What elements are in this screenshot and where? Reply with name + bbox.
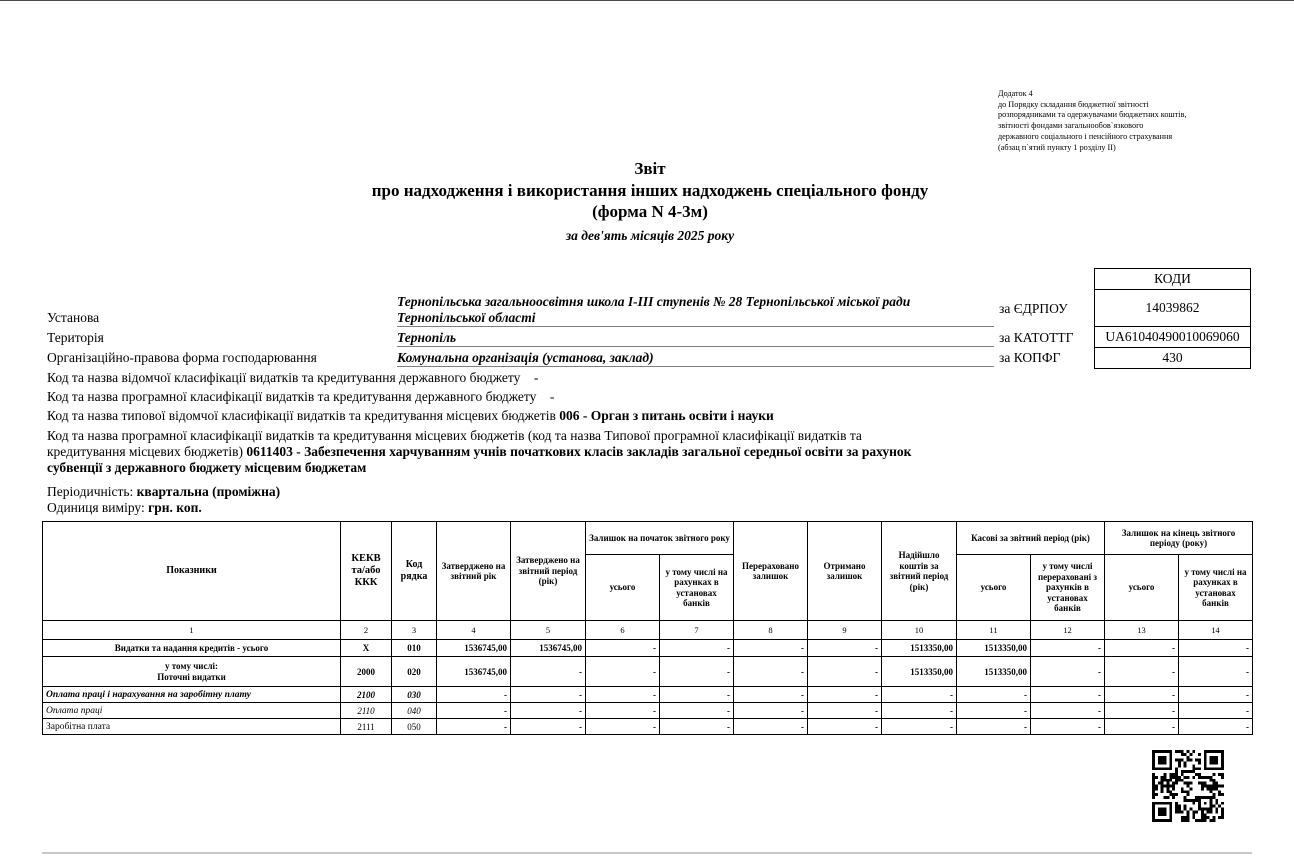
katottg-label: за КАТОТТГ [999,330,1073,346]
row-kekv: 2110 [341,703,392,719]
row-value-col-7: - [660,703,734,719]
institution-name-line1: Тернопільська загальноосвітня школа І-ІІ… [397,294,994,310]
row-value-col-9: - [808,640,882,657]
table-row: у тому числі:Поточні видатки200002015367… [43,657,1253,687]
periodicity-label: Періодичність: [47,484,133,499]
row-value-col-12: - [1031,657,1105,687]
periodicity: Періодичність: квартальна (проміжна) [47,484,280,500]
row-value-col-14: - [1179,687,1253,703]
column-number: 2 [341,621,392,640]
header-balance-start-total: усього [586,555,660,621]
header-balance-end: Залишок на кінець звітного періоду (року… [1105,522,1253,555]
row-value-col-13: - [1105,687,1179,703]
row-value-col-5: - [511,719,586,735]
row-value-col-13: - [1105,640,1179,657]
table-row: Видатки та надання кредитів - усьогоX010… [43,640,1253,657]
edrpou-value: 14039862 [1095,290,1251,327]
codes-table: КОДИ 14039862 UA61040490010069060 430 [1094,268,1251,369]
row-value-col-13: - [1105,719,1179,735]
report-title: Звіт [300,158,1000,180]
row-value-col-11: - [957,703,1031,719]
row-value-col-14: - [1179,719,1253,735]
prog-state-label: Код та назва програмної класифікації вид… [47,389,536,404]
institution-value: Тернопільська загальноосвітня школа І-ІІ… [397,294,994,327]
row-value-col-4: - [437,687,511,703]
row-value-col-10: - [882,703,957,719]
row-value-col-5: - [511,687,586,703]
row-indicator-name: Видатки та надання кредитів - усього [43,640,341,657]
header-balance-end-banks: у тому числі на рахунках в установах бан… [1179,555,1253,621]
table-row: Оплата праці2110040----------- [43,703,1253,719]
row-kekv: X [341,640,392,657]
table-row: Оплата праці і нарахування на заробітну … [43,687,1253,703]
header-receipts: Надійшло коштів за звітний період (рік) [882,522,957,621]
column-number: 10 [882,621,957,640]
row-value-col-13: - [1105,657,1179,687]
row-value-col-8: - [734,657,808,687]
row-value-col-8: - [734,640,808,657]
row-name-line: Оплата праці [46,706,337,716]
row-value-col-6: - [586,703,660,719]
territory-label: Територія [47,330,104,346]
row-code: 010 [392,640,437,657]
row-kekv: 2100 [341,687,392,703]
row-value-col-14: - [1179,640,1253,657]
header-received: Отримано залишок [808,522,882,621]
header-approved-year: Затверджено на звітний рік [437,522,511,621]
header-approved-period: Затверджено на звітний період (рік) [511,522,586,621]
appendix-note: Додаток 4 до Порядку складання бюджетної… [998,89,1187,153]
header-cash: Касові за звітний період (рік) [957,522,1105,555]
row-indicator-name: Оплата праці [43,703,341,719]
row-indicator-name: Заробітна плата [43,719,341,735]
row-code: 040 [392,703,437,719]
row-value-col-14: - [1179,657,1253,687]
row-value-col-4: - [437,703,511,719]
column-number: 11 [957,621,1031,640]
row-value-col-13: - [1105,703,1179,719]
katottg-value: UA61040490010069060 [1095,327,1251,348]
row-value-col-7: - [660,687,734,703]
report-form-number: (форма N 4-3м) [300,201,1000,223]
row-name-line: Видатки та надання кредитів - усього [46,643,337,653]
dept-local-classification: Код та назва типової відомчої класифікац… [47,408,774,424]
header-kekv: КЕКВ та/або ККК [341,522,392,621]
row-code: 020 [392,657,437,687]
row-name-line: Заробітна плата [46,722,337,732]
column-number-row: 1234567891011121314 [43,621,1253,640]
prog-local-label-line2: кредитування місцевих бюджетів) [47,444,243,459]
legal-form-label: Організаційно-правова форма господарюван… [47,350,317,366]
unit-label: Одиниця виміру: [47,500,145,515]
header-balance-start-banks: у тому числі на рахунках в установах бан… [660,555,734,621]
periodicity-value: квартальна (проміжна) [137,484,280,499]
header-cash-total: усього [957,555,1031,621]
prog-state-value: - [550,389,555,404]
row-value-col-12: - [1031,703,1105,719]
row-value-col-9: - [808,703,882,719]
report-period: за дев'ять місяців 2025 року [300,227,1000,245]
legal-form-value: Комунальна організація (установа, заклад… [397,350,994,367]
table-row: Заробітна плата2111050----------- [43,719,1253,735]
row-value-col-9: - [808,719,882,735]
dept-local-value: 006 - Орган з питань освіти і науки [559,408,774,423]
row-value-col-10: - [882,719,957,735]
row-value-col-8: - [734,687,808,703]
prog-local-classification: Код та назва програмної класифікації вид… [47,428,967,476]
column-number: 5 [511,621,586,640]
row-value-col-7: - [660,657,734,687]
row-indicator-name: у тому числі:Поточні видатки [43,657,341,687]
edrpou-label: за ЄДРПОУ [999,301,1068,317]
row-value-col-6: - [586,640,660,657]
row-value-col-6: - [586,657,660,687]
dept-state-label: Код та назва відомчої класифікації видат… [47,370,520,385]
row-name-line: Оплата праці і нарахування на заробітну … [46,690,337,700]
row-value-col-10: 1513350,00 [882,657,957,687]
column-number: 3 [392,621,437,640]
header-balance-start: Залишок на початок звітного року [586,522,734,555]
institution-label: Установа [47,310,99,326]
column-number: 9 [808,621,882,640]
prog-local-value-line2: субвенції з державного бюджету місцевим … [47,460,366,475]
dept-local-label: Код та назва типової відомчої класифікац… [47,408,556,423]
row-value-col-11: - [957,719,1031,735]
prog-state-classification: Код та назва програмної класифікації вид… [47,389,554,405]
prog-local-value-line1: 0611403 - Забезпечення харчуванням учнів… [246,444,911,459]
row-value-col-7: - [660,719,734,735]
row-name-line: у тому числі: [46,661,337,672]
row-value-col-7: - [660,640,734,657]
column-number: 6 [586,621,660,640]
header-transferred: Перераховано залишок [734,522,808,621]
column-number: 8 [734,621,808,640]
header-balance-end-total: усього [1105,555,1179,621]
row-value-col-12: - [1031,687,1105,703]
row-value-col-12: - [1031,719,1105,735]
dept-state-value: - [534,370,539,385]
row-code: 030 [392,687,437,703]
header-indicators: Показники [43,522,341,621]
row-value-col-8: - [734,703,808,719]
kopfg-label: за КОПФГ [999,350,1060,366]
kopfg-value: 430 [1095,348,1251,369]
row-value-col-12: - [1031,640,1105,657]
row-value-col-4: - [437,719,511,735]
row-value-col-5: 1536745,00 [511,640,586,657]
row-value-col-14: - [1179,703,1253,719]
row-value-col-11: 1513350,00 [957,640,1031,657]
dept-state-classification: Код та назва відомчої класифікації видат… [47,370,538,386]
row-indicator-name: Оплата праці і нарахування на заробітну … [43,687,341,703]
header-cash-banks: у тому числі перераховані з рахунків в у… [1031,555,1105,621]
row-value-col-5: - [511,657,586,687]
row-value-col-10: - [882,687,957,703]
column-number: 14 [1179,621,1253,640]
row-value-col-5: - [511,703,586,719]
row-value-col-6: - [586,687,660,703]
page-bottom-border [42,852,1252,854]
page-top-border [0,0,1294,1]
report-subtitle: про надходження і використання інших над… [300,180,1000,202]
row-value-col-9: - [808,657,882,687]
row-value-col-6: - [586,719,660,735]
row-value-col-11: 1513350,00 [957,657,1031,687]
row-value-col-11: - [957,687,1031,703]
prog-local-label-line1: Код та назва програмної класифікації вид… [47,428,967,444]
row-value-col-4: 1536745,00 [437,640,511,657]
column-number: 12 [1031,621,1105,640]
unit-value: грн. коп. [148,500,202,515]
column-number: 7 [660,621,734,640]
row-code: 050 [392,719,437,735]
column-number: 13 [1105,621,1179,640]
territory-value: Тернопіль [397,330,994,347]
row-value-col-10: 1513350,00 [882,640,957,657]
row-value-col-8: - [734,719,808,735]
qr-code-icon [1152,750,1224,822]
column-number: 4 [437,621,511,640]
row-value-col-4: 1536745,00 [437,657,511,687]
row-name-subline: Поточні видатки [46,672,337,683]
report-table: Показники КЕКВ та/або ККК Код рядка Затв… [42,521,1253,735]
institution-name-line2: Тернопільської області [397,310,994,326]
unit-of-measure: Одиниця виміру: грн. коп. [47,500,202,516]
codes-header: КОДИ [1095,269,1251,290]
column-number: 1 [43,621,341,640]
header-row-code: Код рядка [392,522,437,621]
row-value-col-9: - [808,687,882,703]
row-kekv: 2000 [341,657,392,687]
row-kekv: 2111 [341,719,392,735]
